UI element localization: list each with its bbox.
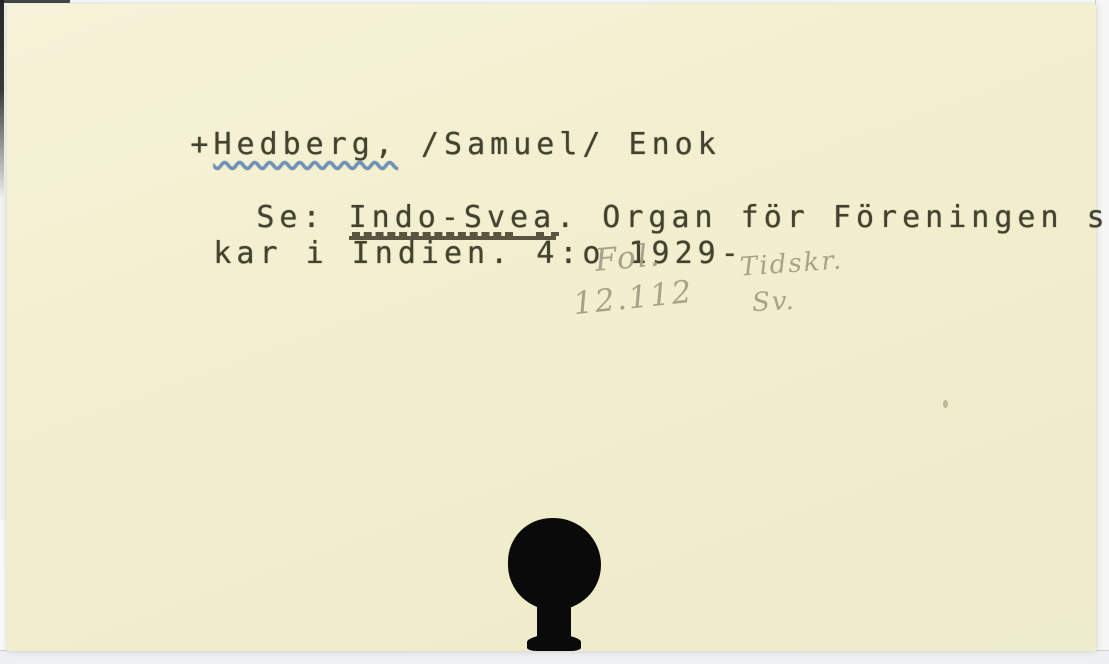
punch-slot-base [527,635,581,651]
entry-forenames: /Samuel/ Enok [398,127,721,162]
scan-left-dark-edge [0,0,4,200]
scan-right-margin [1095,0,1109,652]
paper-speck [943,400,948,408]
scanned-card-photo: +Hedberg, /Samuel/ Enok Se: Indo-Svea. O… [0,0,1109,664]
scan-bottom-margin [0,650,1109,664]
referenced-place-word: Indien. [352,232,513,271]
format-numeral: 4 [536,232,559,271]
scan-top-dark-edge [0,0,70,3]
added-entry-plus-sign: + [190,127,213,162]
catalog-card: +Hedberg, /Samuel/ Enok Se: Indo-Svea. O… [7,4,1096,651]
pencil-format-note: Fol. [594,237,663,279]
pencil-genre-note: Tidskr. [739,245,844,282]
reference-line-2-space [513,236,536,271]
pencil-language-note: Sv. [751,286,796,318]
entry-surname: Hedberg, [213,127,398,162]
reference-line-2-start: kar i [213,236,351,271]
